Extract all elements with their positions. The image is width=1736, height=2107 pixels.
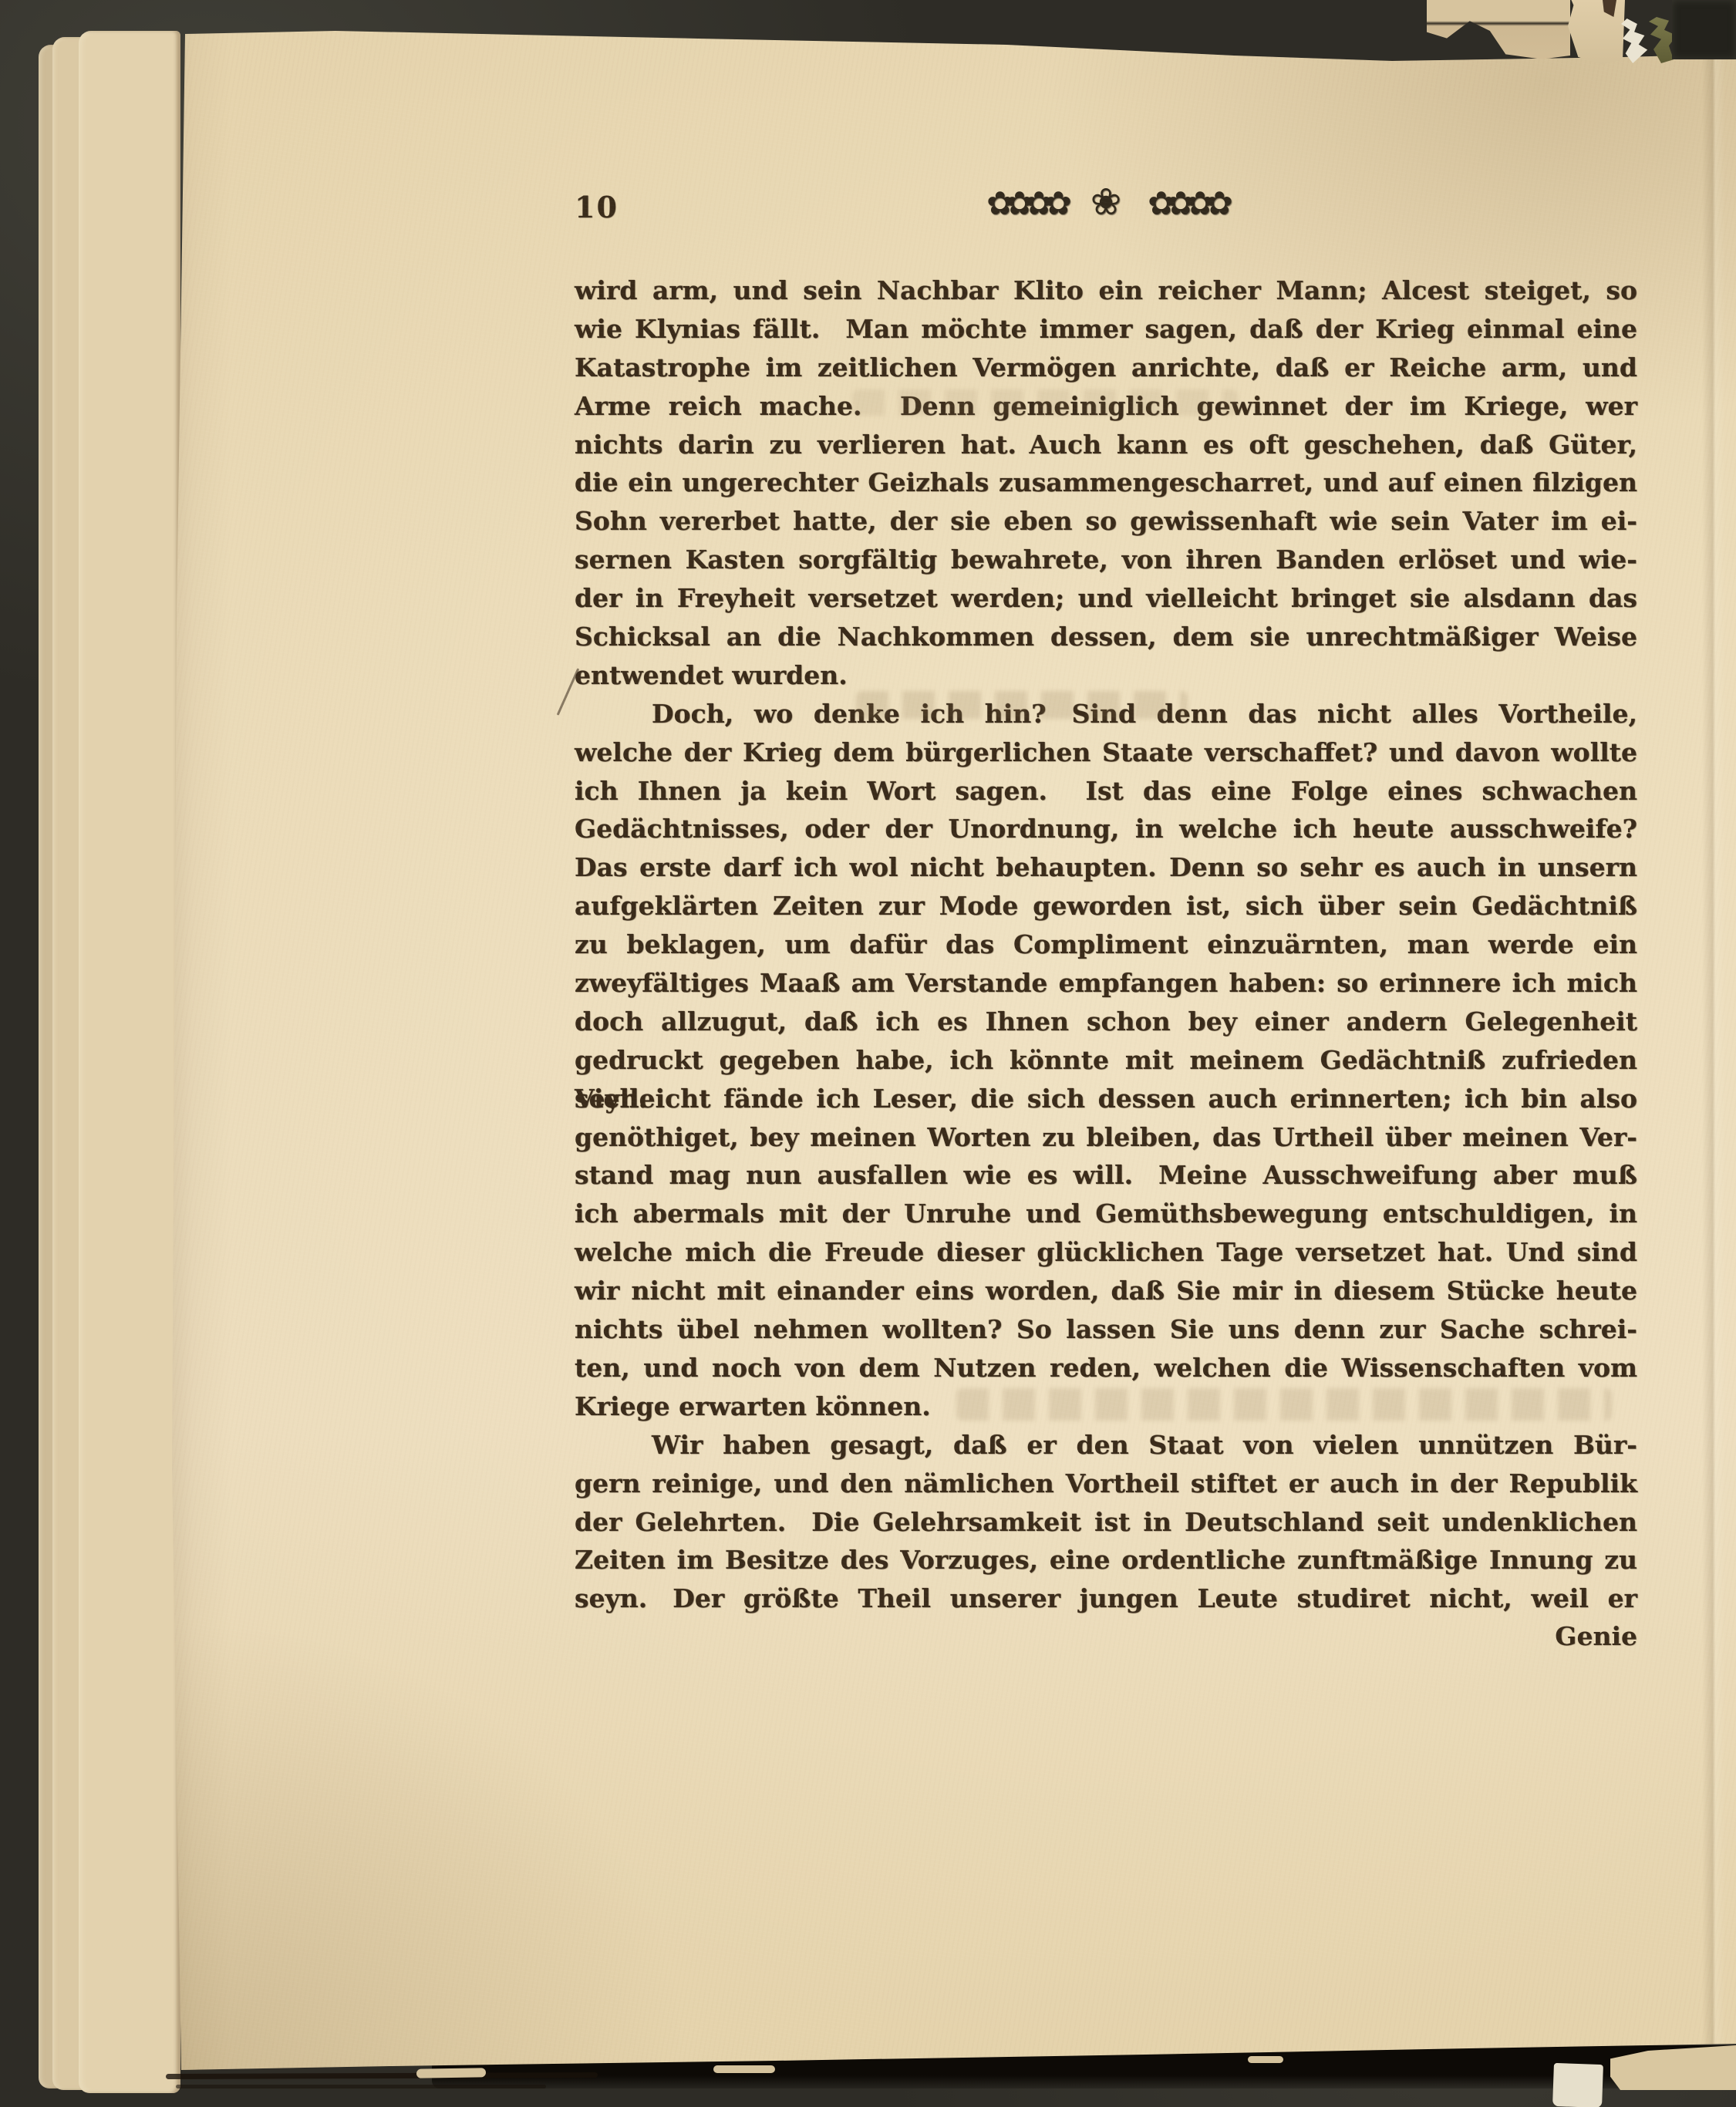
- text-line: nichts darin zu verlieren hat. Auch kann…: [575, 426, 1637, 464]
- text-block: wird arm, und sein Nachbar Klito ein rei…: [575, 271, 1637, 1618]
- torn-paper-piece: [1568, 0, 1625, 65]
- text-line: ich abermals mit der Unruhe und Gemüthsb…: [575, 1195, 1637, 1233]
- text-line: Das erste darf ich wol nicht behaupten. …: [575, 848, 1637, 887]
- text-line: nichts übel nehmen wollten? So lassen Si…: [575, 1310, 1637, 1349]
- text-line: zweyfältiges Maaß am Verstande empfangen…: [575, 964, 1637, 1003]
- book-page: 10 ✿✿✿✿❀✿✿✿✿ wird arm, und sein Nachbar …: [158, 0, 1736, 2107]
- catchword: Genie: [575, 1621, 1637, 1651]
- paper-tab-fragment: [1552, 2063, 1603, 2107]
- page-stack-line: [176, 2085, 546, 2088]
- text-line: aufgeklärten Zeiten zur Mode geworden is…: [575, 887, 1637, 925]
- text-line: der in Freyheit versetzet werden; und vi…: [575, 579, 1637, 618]
- text-line: doch allzugut, daß ich es Ihnen schon be…: [575, 1003, 1637, 1041]
- ornament-right-cluster: ✿✿✿✿: [1148, 184, 1225, 222]
- text-line: Kriege erwarten können.: [575, 1387, 1637, 1426]
- text-line: sernen Kasten sorgfältig bewahrete, von …: [575, 541, 1637, 579]
- torn-paper-strip: [1427, 0, 1570, 62]
- text-line: Schicksal an die Nachkommen dessen, dem …: [575, 618, 1637, 656]
- scanned-book-spread: 10 ✿✿✿✿❀✿✿✿✿ wird arm, und sein Nachbar …: [0, 0, 1736, 2107]
- page-edge-sliver: [1248, 2056, 1283, 2063]
- header-ornament: ✿✿✿✿❀✿✿✿✿: [575, 180, 1637, 242]
- text-line: welche der Krieg dem bürgerlichen Staate…: [575, 733, 1637, 772]
- text-line: wird arm, und sein Nachbar Klito ein rei…: [575, 271, 1637, 310]
- text-line: Arme reich mache. Denn gemeiniglich gewi…: [575, 387, 1637, 426]
- text-line: ten, und noch von dem Nutzen reden, welc…: [575, 1349, 1637, 1387]
- text-line: stand mag nun ausfallen wie es will. Mei…: [575, 1156, 1637, 1195]
- text-line: welche mich die Freude dieser glückliche…: [575, 1233, 1637, 1272]
- text-line: Zeiten im Besitze des Vorzuges, eine ord…: [575, 1541, 1637, 1579]
- text-line: ich Ihnen ja kein Wort sagen. Ist das ei…: [575, 772, 1637, 811]
- page-edge-under-1: [79, 31, 180, 2093]
- text-line: zu beklagen, um dafür das Compliment ein…: [575, 925, 1637, 964]
- text-line: Doch, wo denke ich hin? Sind denn das ni…: [575, 695, 1637, 733]
- text-line: seyn. Der größte Theil unserer jungen Le…: [575, 1579, 1637, 1618]
- text-line: Wir haben gesagt, daß er den Staat von v…: [575, 1426, 1637, 1465]
- page-edge-sliver: [713, 2065, 775, 2073]
- text-line: Katastrophe im zeitlichen Vermögen anric…: [575, 349, 1637, 387]
- text-line: genöthiget, bey meinen Worten zu bleiben…: [575, 1118, 1637, 1157]
- page-edge-sliver: [416, 2068, 486, 2078]
- fold-crease: [1702, 54, 1725, 2048]
- text-line: Vielleicht fände ich Leser, die sich des…: [575, 1080, 1637, 1118]
- text-line: gern reinige, und den nämlichen Vortheil…: [575, 1465, 1637, 1503]
- ornament-left-cluster: ✿✿✿✿: [986, 184, 1064, 222]
- text-line: gedruckt gegeben habe, ich könnte mit me…: [575, 1041, 1637, 1080]
- text-line: entwendet wurden.: [575, 656, 1637, 695]
- background-texture-block: [1672, 0, 1736, 59]
- text-line: die ein ungerechter Geizhals zusammenges…: [575, 464, 1637, 502]
- text-line: Gedächtnisses, oder der Unordnung, in we…: [575, 810, 1637, 848]
- ornament-center-flower-icon: ❀: [1090, 180, 1121, 224]
- text-line: der Gelehrten. Die Gelehrsamkeit ist in …: [575, 1503, 1637, 1542]
- text-line: Sohn vererbet hatte, der sie eben so gew…: [575, 502, 1637, 541]
- text-line: wie Klynias fällt. Man möchte immer sage…: [575, 310, 1637, 349]
- text-line: wir nicht mit einander eins worden, daß …: [575, 1272, 1637, 1310]
